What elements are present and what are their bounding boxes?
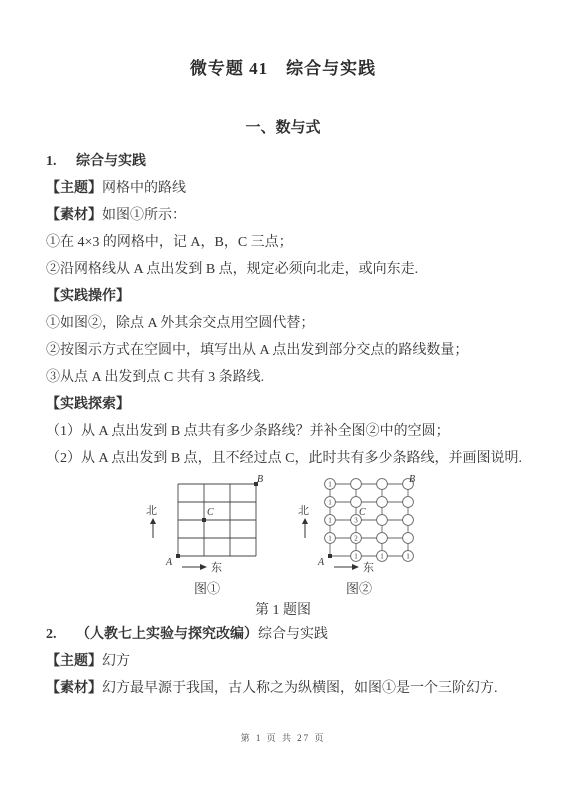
q1-practice-tag-line: 【实践操作】: [46, 283, 520, 310]
east-arrowhead-icon: [352, 564, 359, 570]
figure-caption: 第 1 题图: [46, 601, 520, 621]
grid-node-circle: [351, 479, 362, 490]
q2-number: 2.: [46, 621, 76, 648]
point-label-B: B: [257, 474, 263, 485]
q1-heading: 1.综合与实践: [46, 148, 520, 175]
q1-explore-item-1: （1）从 A 点出发到 B 点共有多少条路线？并补全图②中的空圆；: [46, 418, 520, 445]
figure-1: ABC北东 图①: [144, 474, 270, 599]
point-label-B: B: [409, 474, 415, 485]
q2-topic-tag: 【主题】: [46, 654, 102, 669]
q1-explore-tag-line: 【实践探索】: [46, 391, 520, 418]
q2-topic-text: 幻方: [102, 654, 130, 669]
grid-node-circle: [377, 479, 388, 490]
q2-material-text: 幻方最早源于我国，古人称之为纵横图，如图①是一个三阶幻方.: [102, 681, 498, 696]
path-count-value: 1: [406, 552, 410, 560]
q1-practice-tag: 【实践操作】: [46, 289, 130, 304]
q1-material-tag: 【素材】: [46, 208, 102, 223]
grid-node-circle: [377, 515, 388, 526]
path-count-value: 1: [328, 534, 332, 542]
north-arrowhead-icon: [150, 518, 156, 524]
document-page: 微专题 41 综合与实践 一、数与式 1.综合与实践 【主题】网格中的路线 【素…: [0, 56, 566, 702]
page-title: 微专题 41 综合与实践: [46, 56, 520, 82]
figure-2: 111112311ABC北东 图②: [296, 474, 422, 599]
path-count-value: 1: [328, 498, 332, 506]
q1-topic-text: 网格中的路线: [102, 181, 186, 196]
grid-node-circle: [351, 497, 362, 508]
path-count-value: 2: [354, 534, 358, 542]
grid-figure-1: ABC北东: [144, 474, 270, 574]
north-label: 北: [298, 504, 309, 517]
q2-material-line: 【素材】幻方最早源于我国，古人称之为纵横图，如图①是一个三阶幻方.: [46, 675, 520, 702]
q2-material-tag: 【素材】: [46, 681, 102, 696]
q1-explore-tag: 【实践探索】: [46, 397, 130, 412]
north-label: 北: [146, 504, 157, 517]
east-label: 东: [363, 561, 374, 574]
path-count-value: 1: [380, 552, 384, 560]
point-dot-A: [328, 554, 332, 558]
grid-node-circle: [403, 533, 414, 544]
grid-figure-2: 111112311ABC北东: [296, 474, 422, 574]
q1-practice-item-3: ③从点 A 出发到点 C 共有 3 条路线.: [46, 364, 520, 391]
q1-number: 1.: [46, 148, 76, 175]
figure-1-label: 图①: [144, 579, 270, 599]
q1-practice-item-2: ②按图示方式在空圆中，填写出从 A 点出发到部分交点的路线数量；: [46, 337, 520, 364]
grid-node-circle: [403, 497, 414, 508]
q1-topic-line: 【主题】网格中的路线: [46, 175, 520, 202]
grid-node-circle: [377, 533, 388, 544]
q1-explore-item-2: （2）从 A 点出发到 B 点，且不经过点 C，此时共有多少条路线，并画图说明.: [46, 445, 520, 472]
point-dot-A: [176, 554, 180, 558]
point-dot-C: [202, 518, 206, 522]
figure-block: ABC北东 图① 111112311ABC北东 图②: [46, 474, 520, 599]
grid-node-circle: [403, 515, 414, 526]
page-footer: 第 1 页 共 27 页: [0, 731, 566, 744]
point-label-A: A: [317, 557, 325, 568]
north-arrowhead-icon: [302, 518, 308, 524]
path-count-value: 1: [328, 516, 332, 524]
point-label-C: C: [207, 507, 214, 518]
east-label: 东: [211, 561, 222, 574]
q2-source-tag: （人教七上实验与探究改编）: [76, 627, 258, 642]
q1-material-item-1: ①在 4×3 的网格中，记 A，B，C 三点；: [46, 229, 520, 256]
path-count-value: 1: [354, 552, 358, 560]
q1-topic-tag: 【主题】: [46, 181, 102, 196]
path-count-value: 1: [328, 480, 332, 488]
grid-node-circle: [377, 497, 388, 508]
east-arrowhead-icon: [200, 564, 207, 570]
q1-material-text: 如图①所示：: [102, 208, 186, 223]
q1-title: 综合与实践: [76, 154, 146, 169]
q1-material-line: 【素材】如图①所示：: [46, 202, 520, 229]
section-heading: 一、数与式: [46, 116, 520, 140]
q1-material-item-2: ②沿网格线从 A 点出发到 B 点，规定必须向北走，或向东走.: [46, 256, 520, 283]
q2-topic-line: 【主题】幻方: [46, 648, 520, 675]
q2-heading: 2.（人教七上实验与探究改编）综合与实践: [46, 621, 520, 648]
point-label-C: C: [359, 507, 366, 518]
q1-practice-item-1: ①如图②，除点 A 外其余交点用空圆代替；: [46, 310, 520, 337]
q2-title: 综合与实践: [258, 627, 328, 642]
point-label-A: A: [165, 557, 173, 568]
figure-2-label: 图②: [296, 579, 422, 599]
path-count-value: 3: [354, 516, 358, 524]
